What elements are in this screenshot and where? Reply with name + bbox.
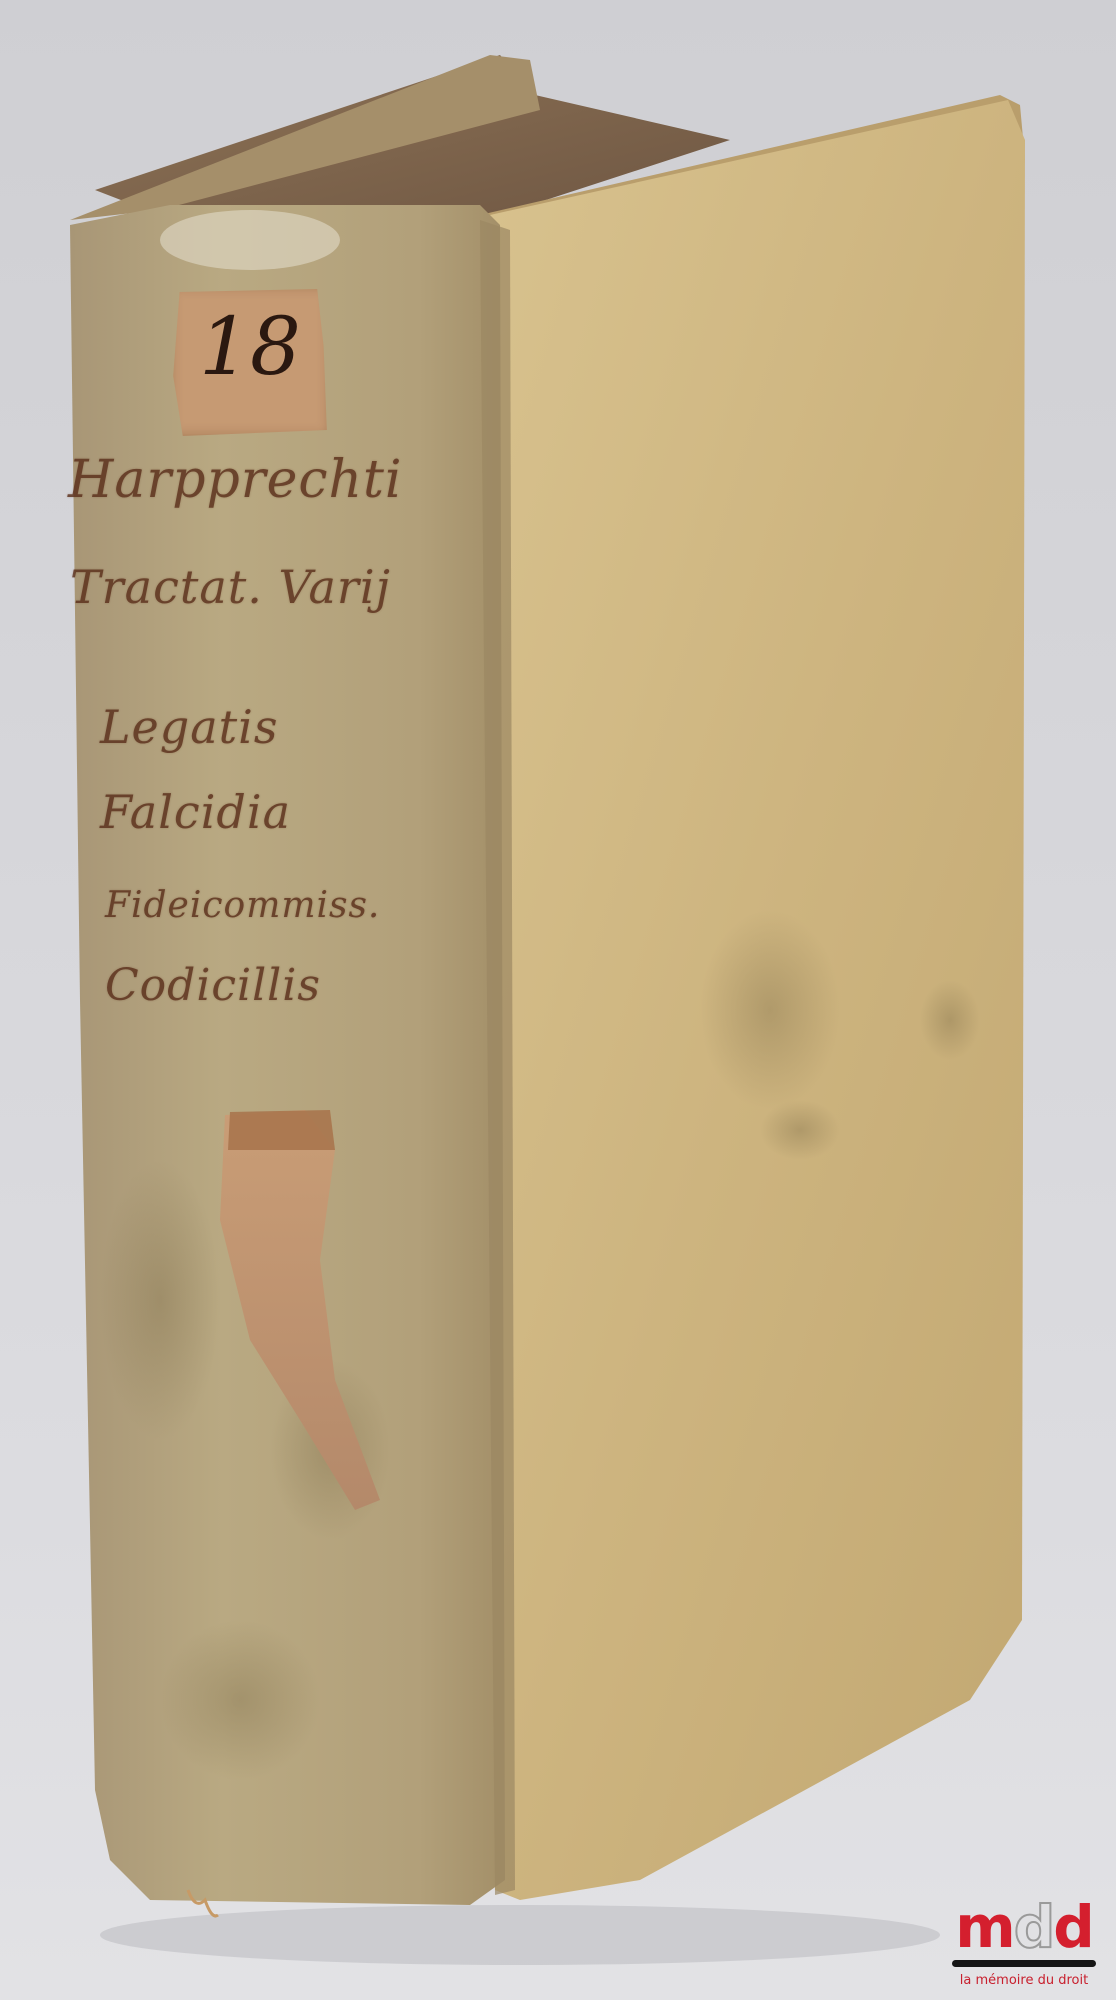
logo-underline-bar — [952, 1960, 1096, 1967]
spine-line-falcidia: Falcidia — [100, 785, 291, 839]
photo-scene: 18 Harpprechti Tractat. Varij Legatis Fa… — [0, 0, 1116, 2000]
logo-letter-d-outline: d — [1014, 1893, 1054, 1961]
spine-line-tractat: Tractat. Varij — [70, 560, 391, 614]
logo-tagline: la mémoire du droit — [946, 1973, 1102, 1988]
logo-letter-m: m — [955, 1893, 1013, 1961]
spine-label-number: 18 — [170, 300, 330, 393]
spine-line-codicillis: Codicillis — [105, 960, 321, 1011]
spine-line-legatis: Legatis — [100, 700, 278, 754]
logo-mark: mdd — [946, 1898, 1102, 1956]
spine-paper-label: 18 — [170, 286, 330, 436]
logo-letter-d: d — [1053, 1893, 1093, 1961]
spine-line-author: Harpprechti — [68, 450, 403, 510]
mdd-watermark-logo: mdd la mémoire du droit — [946, 1898, 1102, 1988]
spine-line-fideicommiss: Fideicommiss. — [105, 885, 380, 926]
